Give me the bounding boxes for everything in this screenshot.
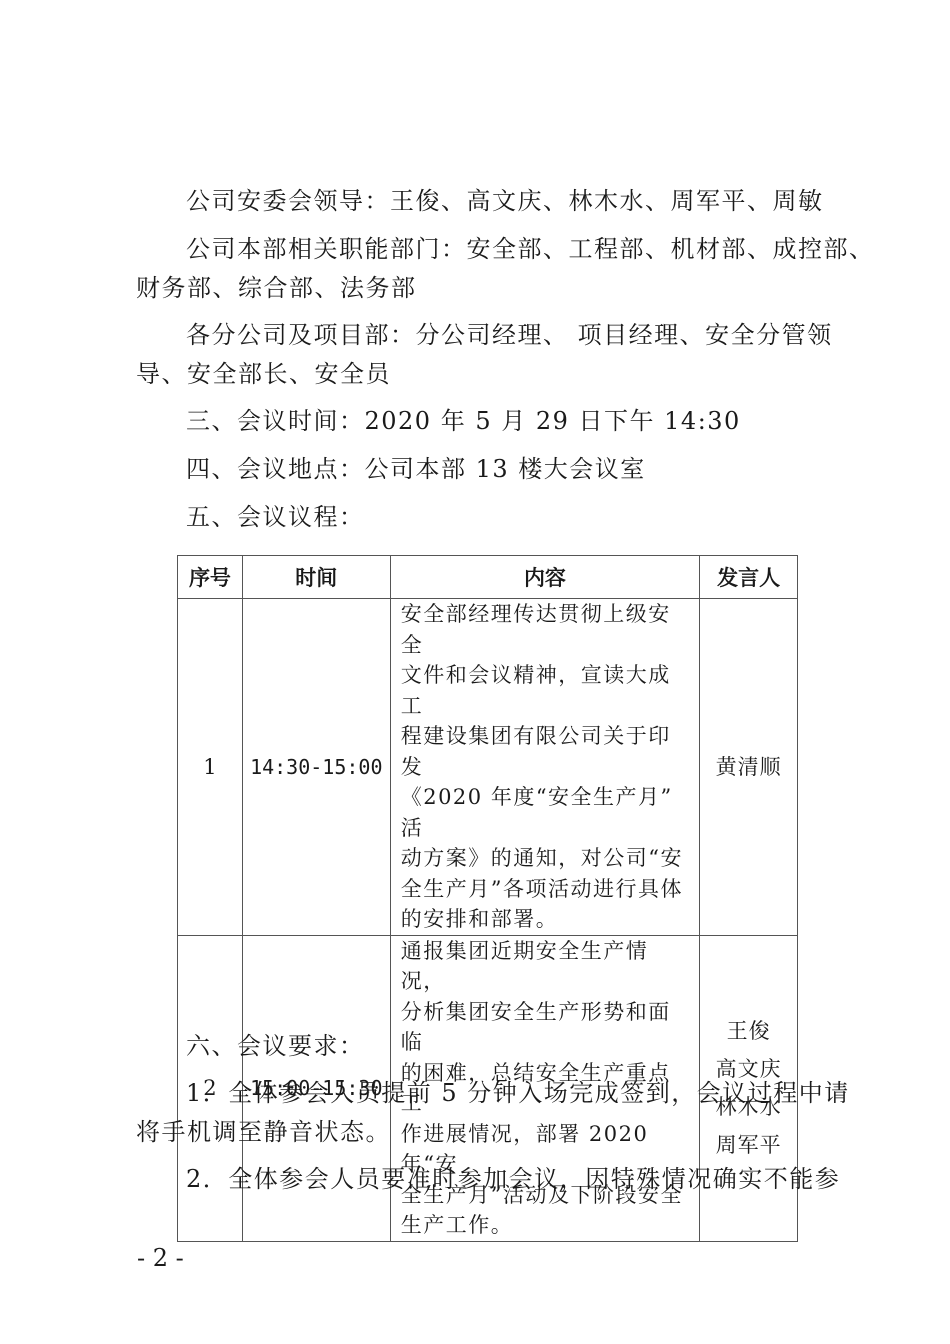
requirement-1-line1: 1．全体参会人员提前 5 分钟入场完成签到，会议过程中请 [186, 1078, 850, 1108]
requirements-heading: 六、会议要求： [186, 1031, 365, 1061]
page-number: - 2 - [137, 1243, 184, 1273]
cell-time: 14:30-15:00 [242, 599, 390, 936]
content-line: 程建设集团有限公司关于印发 [401, 721, 691, 782]
content-line: 动方案》的通知，对公司“安 [401, 843, 691, 874]
paragraph-departments-line1: 公司本部相关职能部门：安全部、工程部、机材部、成控部、 [186, 234, 875, 264]
meeting-time: 三、会议时间：2020 年 5 月 29 日下午 14:30 [186, 406, 741, 436]
content-line: 安全部经理传达贯彻上级安全 [401, 599, 691, 660]
content-line: 生产工作。 [401, 1210, 691, 1241]
paragraph-leaders: 公司安委会领导：王俊、高文庆、林木水、周军平、周敏 [186, 186, 824, 216]
header-speaker: 发言人 [700, 556, 798, 599]
header-content: 内容 [390, 556, 699, 599]
header-time: 时间 [242, 556, 390, 599]
cell-content: 安全部经理传达贯彻上级安全 文件和会议精神，宣读大成工 程建设集团有限公司关于印… [390, 599, 699, 936]
content-line: 分析集团安全生产形势和面临 [401, 997, 691, 1058]
speaker-name: 王俊 [700, 1012, 797, 1050]
meeting-location: 四、会议地点：公司本部 13 楼大会议室 [186, 454, 646, 484]
table-row: 1 14:30-15:00 安全部经理传达贯彻上级安全 文件和会议精神，宣读大成… [178, 599, 798, 936]
content-line: 通报集团近期安全生产情况， [401, 936, 691, 997]
header-no: 序号 [178, 556, 243, 599]
speaker-name: 周军平 [700, 1126, 797, 1164]
paragraph-departments-line2: 财务部、综合部、法务部 [136, 273, 417, 303]
content-line: 的安排和部署。 [401, 904, 691, 935]
requirement-1-line2: 将手机调至静音状态。 [136, 1117, 391, 1147]
requirement-2-line1: 2．全体参会人员要准时参加会议，因特殊情况确实不能参 [186, 1164, 840, 1194]
speaker-name: 黄清顺 [700, 748, 797, 786]
content-line: 全生产月”各项活动进行具体 [401, 874, 691, 905]
cell-speaker: 黄清顺 [700, 599, 798, 936]
paragraph-branches-line1: 各分公司及项目部：分公司经理、 项目经理、安全分管领 [186, 320, 833, 350]
agenda-heading: 五、会议议程： [186, 502, 365, 532]
table-header-row: 序号 时间 内容 发言人 [178, 556, 798, 599]
cell-no: 1 [178, 599, 243, 936]
content-line: 文件和会议精神，宣读大成工 [401, 660, 691, 721]
content-line: 《2020 年度“安全生产月” 活 [401, 782, 691, 843]
paragraph-branches-line2: 导、安全部长、安全员 [136, 359, 391, 389]
